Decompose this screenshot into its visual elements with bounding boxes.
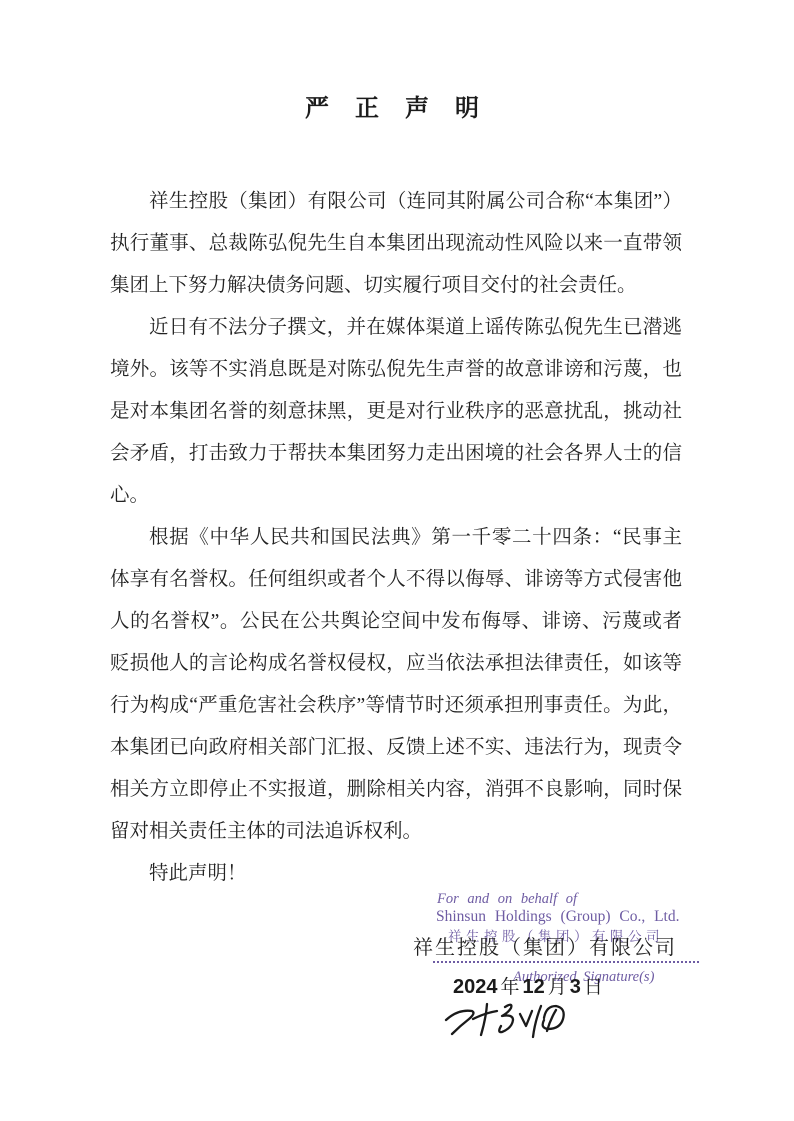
date-month: 12 <box>523 976 545 998</box>
date-line: 2024年12月3日 <box>453 972 606 999</box>
document-title: 严 正 声 明 <box>0 88 794 123</box>
paragraph-legal-basis: 根据《中华人民共和国民法典》第一千零二十四条：“民事主体享有名誉权。任何组织或者… <box>110 517 682 853</box>
paragraph-intro: 祥生控股（集团）有限公司（连同其附属公司合称“本集团”）执行董事、总裁陈弘倪先生… <box>110 181 682 307</box>
paragraph-allegation: 近日有不法分子撰文，并在媒体渠道上谣传陈弘倪先生已潜逃境外。该等不实消息既是对陈… <box>110 307 682 517</box>
date-day-unit: 日 <box>584 977 603 998</box>
for-and-on-behalf-line: For and on behalf of <box>437 891 577 908</box>
date-day: 3 <box>570 976 581 998</box>
date-month-unit: 月 <box>548 977 567 998</box>
company-name-chinese: 祥生控股（集团）有限公司 <box>413 931 677 960</box>
signature-dotted-line <box>433 961 699 963</box>
date-year-unit: 年 <box>501 977 520 998</box>
document-page: 严 正 声 明 祥生控股（集团）有限公司（连同其附属公司合称“本集团”）执行董事… <box>0 0 794 1121</box>
signature-block: For and on behalf of Shinsun Holdings (G… <box>410 880 740 1090</box>
document-body: 祥生控股（集团）有限公司（连同其附属公司合称“本集团”）执行董事、总裁陈弘倪先生… <box>110 181 682 895</box>
handwritten-signature <box>442 998 572 1046</box>
date-year: 2024 <box>453 976 498 998</box>
company-name-english: Shinsun Holdings (Group) Co., Ltd. <box>436 908 679 926</box>
